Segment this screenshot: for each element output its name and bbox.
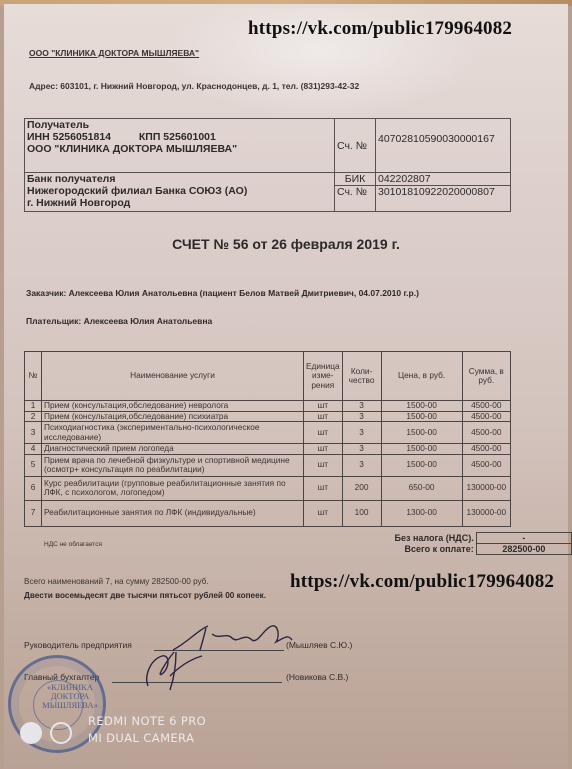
table-row: 5 Прием врача по лечебной физкультуре и …: [25, 454, 511, 476]
vat-label: Без налога (НДС).: [360, 533, 476, 544]
row-name: Психодиагностика (экспериментально-психо…: [42, 422, 304, 444]
row-name: Прием врача по лечебной физкультуре и сп…: [42, 454, 304, 476]
watermark-url-middle: https://vk.com/public179964082: [290, 571, 554, 593]
payer-line: Плательщик: Алексеева Юлия Анатольевна: [26, 316, 212, 326]
row-qty: 100: [342, 500, 381, 526]
totals-table: Без налога (НДС). - Всего к оплате: 2825…: [360, 532, 572, 555]
total-value: 282500-00: [476, 544, 571, 555]
vat-value: -: [476, 533, 571, 544]
row-price: 1500-00: [381, 454, 462, 476]
header-no: №: [25, 352, 42, 401]
row-price: 1500-00: [381, 422, 462, 444]
row-sum: 4500-00: [462, 422, 510, 444]
bik-label: БИК: [335, 173, 376, 186]
row-unit: шт: [304, 411, 343, 422]
row-sum: 130000-00: [462, 500, 510, 526]
row-qty: 3: [342, 411, 381, 422]
row-price: 1500-00: [381, 401, 462, 412]
row-unit: шт: [304, 422, 343, 444]
organization-name: ООО "КЛИНИКА ДОКТОРА МЫШЛЯЕВА": [29, 48, 199, 58]
bank-details-table: Получатель ИНН 5256051814 КПП 525601001 …: [24, 118, 511, 212]
director-signature-label: Руководитель предприятия: [24, 640, 132, 650]
header-sum: Сумма, в руб.: [462, 352, 510, 401]
row-price: 1500-00: [381, 444, 462, 455]
row-sum: 4500-00: [462, 401, 510, 412]
camera-dot-filled-icon: [20, 722, 42, 744]
row-price: 650-00: [381, 476, 462, 500]
row-price: 1300-00: [381, 500, 462, 526]
camera-model: REDMI NOTE 6 PRO: [88, 713, 206, 730]
row-sum: 130000-00: [462, 476, 510, 500]
row-price: 1500-00: [381, 411, 462, 422]
header-unit: Единица изме-рения: [304, 352, 343, 401]
row-unit: шт: [304, 454, 343, 476]
invoice-title: СЧЕТ № 56 от 26 февраля 2019 г.: [0, 236, 572, 252]
table-row: 4 Диагностический прием логопеда шт 3 15…: [25, 444, 511, 455]
table-row: 6 Курс реабилитации (групповые реабилита…: [25, 476, 511, 500]
row-no: 1: [25, 401, 42, 412]
table-header-row: № Наименование услуги Единица изме-рения…: [25, 352, 511, 401]
row-name: Курс реабилитации (групповые реабилитаци…: [42, 476, 304, 500]
bank-name: Нижегородский филиал Банка СОЮЗ (АО): [27, 185, 332, 197]
row-unit: шт: [304, 444, 343, 455]
row-qty: 3: [342, 444, 381, 455]
recipient-name: ООО "КЛИНИКА ДОКТОРА МЫШЛЯЕВА": [27, 143, 332, 155]
row-name: Прием (консультация,обследование) психиа…: [42, 411, 304, 422]
account-number: 40702810590030000167: [376, 119, 511, 173]
row-no: 7: [25, 500, 42, 526]
bik-value: 042202807: [376, 173, 511, 186]
table-row: 1 Прием (консультация,обследование) невр…: [25, 401, 511, 412]
organization-address: Адрес: 603101, г. Нижний Новгород, ул. К…: [29, 81, 359, 91]
summary-amount-words: Двести восемьдесят две тысячи пятьсот ру…: [24, 591, 266, 600]
director-name: (Мышляев С.Ю.): [286, 640, 352, 650]
corr-account-number: 30101810922020000807: [376, 186, 511, 212]
camera-watermark: REDMI NOTE 6 PRO MI DUAL CAMERA: [88, 713, 206, 747]
row-no: 3: [25, 422, 42, 444]
table-row: 3 Психодиагностика (экспериментально-пси…: [25, 422, 511, 444]
watermark-url-top: https://vk.com/public179964082: [248, 18, 512, 40]
row-sum: 4500-00: [462, 454, 510, 476]
vat-exempt-note: НДС не облагается: [44, 541, 102, 548]
kpp: КПП 525601001: [139, 131, 216, 143]
row-name: Реабилитационные занятия по ЛФК (индивид…: [42, 500, 304, 526]
row-name: Прием (консультация,обследование) неврол…: [42, 401, 304, 412]
summary-count-line: Всего наименований 7, на сумму 282500-00…: [24, 577, 209, 586]
row-qty: 3: [342, 454, 381, 476]
account-label: Сч. №: [335, 119, 376, 173]
row-no: 4: [25, 444, 42, 455]
row-no: 5: [25, 454, 42, 476]
bank-label: Банк получателя: [27, 173, 332, 185]
recipient-label: Получатель: [27, 119, 332, 131]
camera-dot-outline-icon: [50, 722, 72, 744]
table-row: 7 Реабилитационные занятия по ЛФК (индив…: [25, 500, 511, 526]
row-sum: 4500-00: [462, 444, 510, 455]
accountant-signature-icon: [140, 646, 210, 692]
corr-account-label: Сч. №: [335, 186, 376, 212]
inn: ИНН 5256051814: [27, 131, 111, 143]
row-qty: 3: [342, 422, 381, 444]
stamp-text: «КЛИНИКА ДОКТОРА МЫШЛЯЕВА»: [30, 683, 110, 710]
header-qty: Коли-чество: [342, 352, 381, 401]
total-label: Всего к оплате:: [360, 544, 476, 555]
row-unit: шт: [304, 401, 343, 412]
customer-line: Заказчик: Алексеева Юлия Анатольевна (па…: [26, 288, 419, 298]
table-row: 2 Прием (консультация,обследование) псих…: [25, 411, 511, 422]
camera-type: MI DUAL CAMERA: [88, 730, 206, 747]
row-unit: шт: [304, 500, 343, 526]
header-price: Цена, в руб.: [381, 352, 462, 401]
accountant-name: (Новикова С.В.): [286, 672, 348, 682]
row-unit: шт: [304, 476, 343, 500]
row-sum: 4500-00: [462, 411, 510, 422]
row-qty: 200: [342, 476, 381, 500]
bank-city: г. Нижний Новгород: [27, 197, 332, 209]
recipient-cell: Получатель ИНН 5256051814 КПП 525601001 …: [25, 119, 335, 173]
row-no: 6: [25, 476, 42, 500]
services-table: № Наименование услуги Единица изме-рения…: [24, 351, 511, 527]
inn-kpp: ИНН 5256051814 КПП 525601001: [27, 131, 332, 143]
row-no: 2: [25, 411, 42, 422]
row-name: Диагностический прием логопеда: [42, 444, 304, 455]
row-qty: 3: [342, 401, 381, 412]
bank-cell: Банк получателя Нижегородский филиал Бан…: [25, 173, 335, 212]
header-name: Наименование услуги: [42, 352, 304, 401]
